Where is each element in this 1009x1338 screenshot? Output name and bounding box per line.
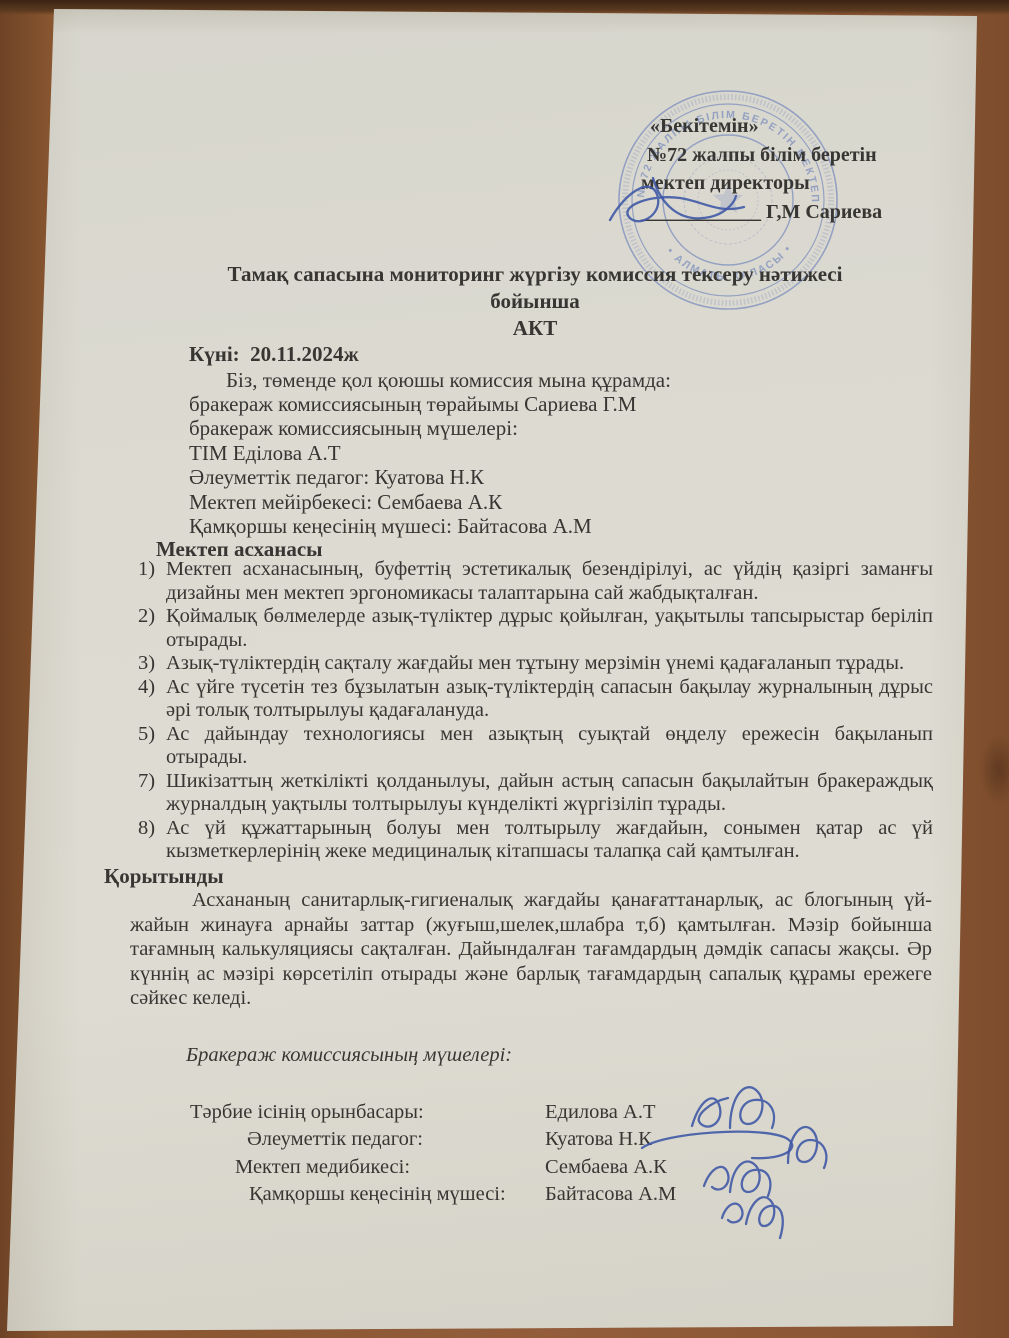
signatory-role: Тәрбие ісінің орынбасары: (190, 1101, 545, 1124)
commission-list: бракераж комиссиясының төрайымы Сариева … (189, 392, 636, 538)
conclusion-paragraph: Асхананың санитарлық-гигиеналық жағдайы … (130, 888, 932, 1011)
commission-line: Мектеп мейірбекесі: Сембаева А.К (189, 490, 636, 514)
findings-list: 1) Мектеп асханасының, буфеттің эстетика… (138, 558, 933, 864)
finding-text: Қоймалық бөлмелерде азық-түліктер дұрыс … (166, 605, 933, 652)
signatory-role: Әлеуметтік педагог: (190, 1128, 545, 1151)
finding-number: 1) (138, 558, 166, 605)
document-title: Тамақ сапасына мониторинг жүргізу комисс… (140, 261, 930, 342)
signatory-role: Мектеп медибикесі: (190, 1156, 545, 1179)
finding-item: 3) Азық-түліктердің сақталу жағдайы мен … (138, 652, 933, 676)
finding-number: 8) (138, 817, 166, 864)
finding-number: 7) (138, 770, 166, 817)
finding-item: 7) Шикізаттың жеткілікті қолданылуы, дай… (138, 770, 933, 817)
commission-line: Әлеуметтік педагог: Куатова Н.К (189, 465, 636, 489)
finding-number: 5) (138, 723, 166, 770)
finding-number: 3) (138, 652, 166, 676)
finding-text: Ас үй құжаттарының болуы мен толтырылу ж… (166, 817, 933, 864)
finding-number: 2) (138, 605, 166, 652)
finding-text: Азық-түліктердің сақталу жағдайы мен тұт… (166, 652, 933, 676)
finding-text: Шикізаттың жеткілікті қолданылуы, дайын … (166, 770, 933, 817)
signatories-heading: Бракераж комиссиясының мүшелері: (186, 1044, 512, 1067)
finding-item: 2) Қоймалық бөлмелерде азық-түліктер дұр… (138, 605, 933, 652)
approval-word: «Бекітемін» (641, 112, 926, 141)
commission-line: ТІМ Еділова А.Т (189, 441, 636, 465)
wooden-table-background: № 72 ЖАЛПЫ БІЛІМ БЕРЕТІН МЕКТЕП • АЛМАТЫ… (0, 0, 1009, 1338)
finding-item: 4) Ас үйге түсетін тез бұзылатын азық-тү… (138, 676, 933, 723)
commission-line: бракераж комиссиясының төрайымы Сариева … (189, 392, 636, 416)
finding-text: Ас үйге түсетін тез бұзылатын азық-түлік… (166, 676, 933, 723)
date-line: Күні: 20.11.2024ж (189, 342, 359, 367)
commission-line: Қамқоршы кеңесінің мүшесі: Байтасова А.М (189, 514, 636, 538)
commission-line: бракераж комиссиясының мүшелері: (189, 416, 636, 440)
finding-item: 1) Мектеп асханасының, буфеттің эстетика… (138, 558, 933, 605)
document-content: № 72 ЖАЛПЫ БІЛІМ БЕРЕТІН МЕКТЕП • АЛМАТЫ… (0, 0, 1009, 1338)
signatory-role: Қамқоршы кеңесінің мүшесі: (190, 1183, 545, 1206)
finding-text: Ас дайындау технологиясы мен азықтың суы… (166, 723, 933, 770)
title-line-2: бойынша (140, 288, 930, 315)
director-signature (598, 162, 808, 247)
title-line-1: Тамақ сапасына мониторинг жүргізу комисс… (140, 261, 930, 288)
finding-item: 5) Ас дайындау технологиясы мен азықтың … (138, 723, 933, 770)
member-signatures (612, 1068, 952, 1243)
title-line-3: АКТ (140, 315, 930, 342)
finding-text: Мектеп асханасының, буфеттің эстетикалық… (166, 558, 933, 605)
intro-line: Біз, төменде қол қоюшы комиссия мына құр… (226, 368, 671, 393)
conclusion-heading: Қорытынды (104, 864, 224, 889)
finding-item: 8) Ас үй құжаттарының болуы мен толтырыл… (138, 817, 933, 864)
finding-number: 4) (138, 676, 166, 723)
